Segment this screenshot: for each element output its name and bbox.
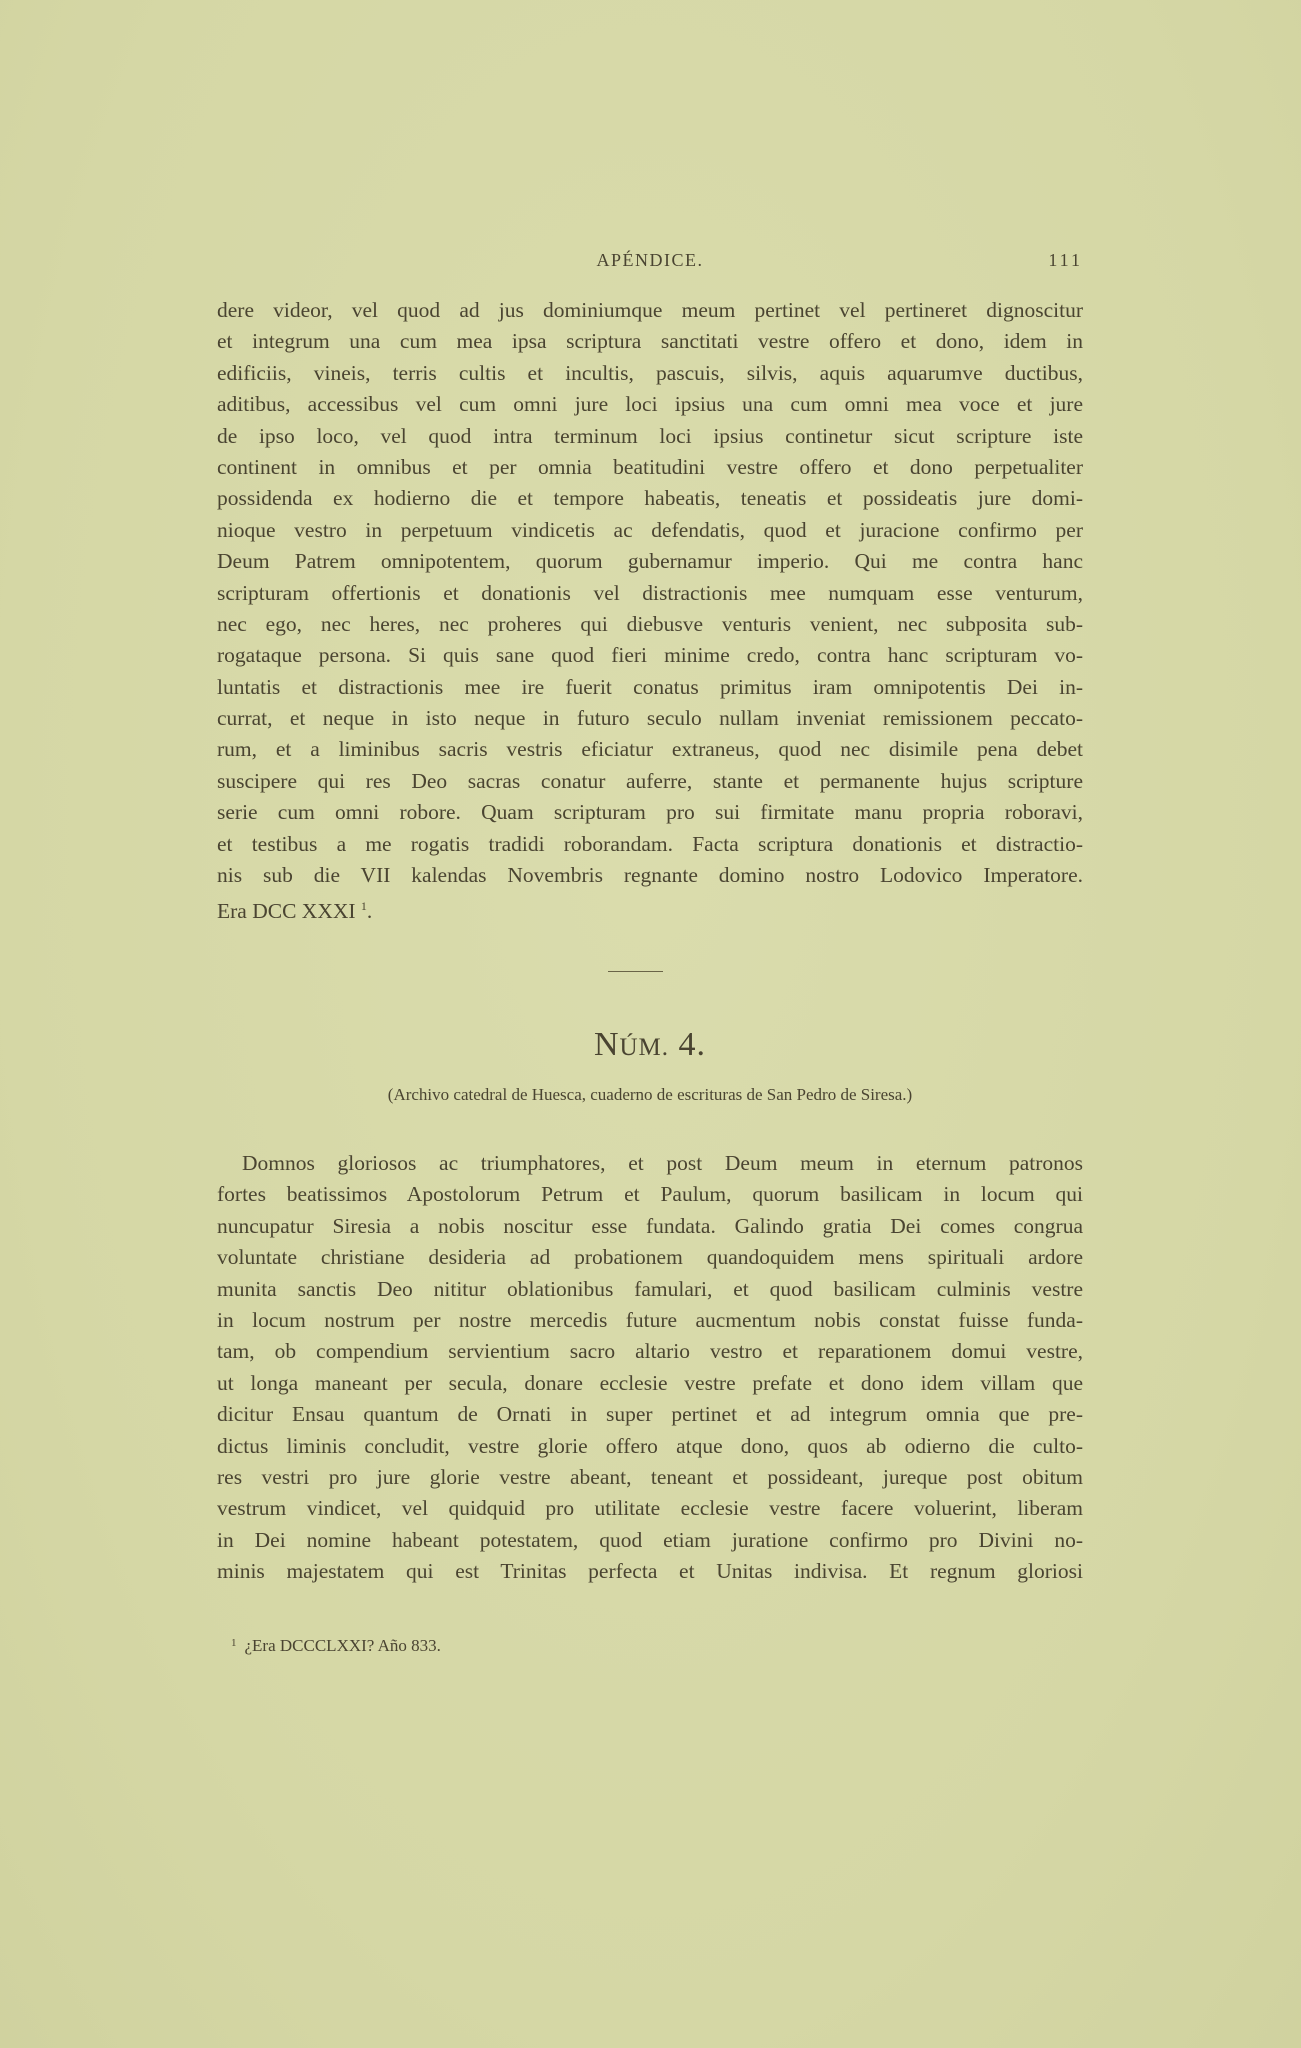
era-date: Era DCC XXXI — [217, 899, 356, 923]
text-line: currat, et neque in isto neque in futuro… — [217, 703, 1083, 734]
text-line: nuncupatur Siresia a nobis noscitur esse… — [217, 1211, 1083, 1242]
text-line: scripturam offertionis et donationis vel… — [217, 578, 1083, 609]
running-head: APÉNDICE. 111 — [217, 250, 1083, 274]
text-line: nioque vestro in perpetuum vindicetis ac… — [217, 515, 1083, 546]
footnote: 1¿Era DCCCLXXI? Año 833. — [231, 1636, 441, 1656]
text-line: tam, ob compendium servientium sacro alt… — [217, 1336, 1083, 1367]
text-line: aditibus, accessibus vel cum omni jure l… — [217, 389, 1083, 420]
text-line: munita sanctis Deo nititur oblationibus … — [217, 1274, 1083, 1305]
text-line: voluntate christiane desideria ad probat… — [217, 1242, 1083, 1273]
text-line: serie cum omni robore. Quam scripturam p… — [217, 797, 1083, 828]
text-line: edificiis, vineis, terris cultis et incu… — [217, 358, 1083, 389]
text-line: suscipere qui res Deo sacras conatur auf… — [217, 766, 1083, 797]
text-line: res vestri pro jure glorie vestre abeant… — [217, 1462, 1083, 1493]
text-line: fortes beatissimos Apostolorum Petrum et… — [217, 1179, 1083, 1210]
text-line: possidenda ex hodierno die et tempore ha… — [217, 483, 1083, 514]
text-line: dere videor, vel quod ad jus dominiumque… — [217, 295, 1083, 326]
text-line: dicitur Ensau quantum de Ornati in super… — [217, 1399, 1083, 1430]
text-line: dictus liminis concludit, vestre glorie … — [217, 1431, 1083, 1462]
section-heading: NÚM. 4. — [217, 1026, 1083, 1064]
text-line: luntatis et distractionis mee ire fuerit… — [217, 672, 1083, 703]
text-line: in Dei nomine habeant potestatem, quod e… — [217, 1525, 1083, 1556]
footnote-marker: 1 — [231, 1637, 237, 1649]
text-line: nis sub die VII kalendas Novembris regna… — [217, 860, 1083, 891]
text-line: vestrum vindicet, vel quidquid pro utili… — [217, 1493, 1083, 1524]
document-paragraph: Domnos gloriosos ac triumphatores, et po… — [217, 1148, 1083, 1587]
text-line: minis majestatem qui est Trinitas perfec… — [217, 1556, 1083, 1587]
text-line: Deum Patrem omnipotentem, quorum guberna… — [217, 546, 1083, 577]
text-line: continent in omnibus et per omnia beatit… — [217, 452, 1083, 483]
final-period: . — [367, 899, 372, 923]
text-line: rum, et a liminibus sacris vestris efici… — [217, 734, 1083, 765]
text-line-last: Era DCC XXXI 1. — [217, 891, 1083, 922]
text-line: et testibus a me rogatis tradidi roboran… — [217, 829, 1083, 860]
text-line: et integrum una cum mea ipsa scriptura s… — [217, 326, 1083, 357]
page-number: 111 — [1048, 250, 1083, 271]
text-line: Domnos gloriosos ac triumphatores, et po… — [217, 1148, 1083, 1179]
text-line: ut longa maneant per secula, donare eccl… — [217, 1368, 1083, 1399]
heading-initial: N — [594, 1026, 620, 1063]
text-line: in locum nostrum per nostre mercedis fut… — [217, 1305, 1083, 1336]
section-divider — [608, 971, 663, 972]
text-line: nec ego, nec heres, nec proheres qui die… — [217, 609, 1083, 640]
heading-smallcaps: ÚM. — [620, 1034, 670, 1061]
text-line: de ipso loco, vel quod intra terminum lo… — [217, 421, 1083, 452]
continued-paragraph: dere videor, vel quod ad jus dominiumque… — [217, 295, 1083, 923]
footnote-text: ¿Era DCCCLXXI? Año 833. — [245, 1636, 441, 1655]
running-title: APÉNDICE. — [217, 250, 1083, 271]
archive-source: (Archivo catedral de Huesca, cuaderno de… — [217, 1085, 1083, 1105]
text-line: rogataque persona. Si quis sane quod fie… — [217, 640, 1083, 671]
heading-number: 4. — [679, 1026, 707, 1063]
